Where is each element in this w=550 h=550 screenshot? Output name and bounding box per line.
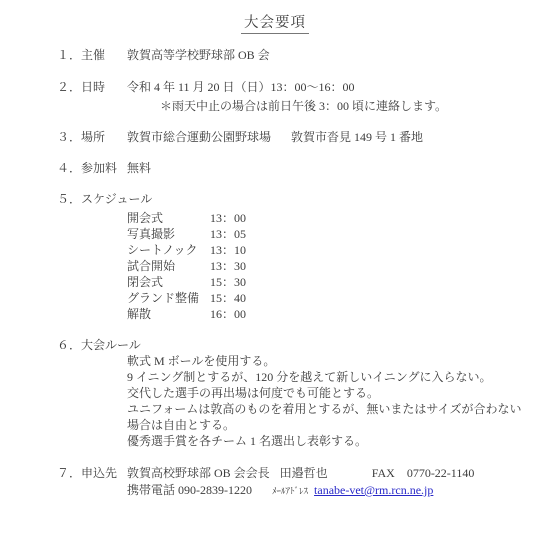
section-fee-number: ４． <box>57 161 81 175</box>
fax-label: FAX <box>372 466 395 480</box>
phone-label: 携帯電話 <box>127 483 175 497</box>
schedule-time: 13：10 <box>210 243 246 257</box>
organizer-value: 敦賀高等学校野球部 OB 会 <box>127 48 270 62</box>
section-datetime-heading: ２．日時 <box>57 80 127 94</box>
schedule-time: 15：40 <box>210 291 246 305</box>
rule-line: 場合は自由とする。 <box>127 418 235 432</box>
schedule-event: グランド整備 <box>127 291 210 305</box>
section-datetime-label: 日時 <box>81 80 105 94</box>
schedule-time: 13：05 <box>210 227 246 241</box>
section-place-number: ３． <box>57 130 81 144</box>
section-rules-heading: ６．大会ルール <box>57 338 141 352</box>
rule-line: 9 イニング制とするが、120 分を越えて新しいイニングに入らない。 <box>127 370 492 384</box>
rain-cancellation-note-text: ＊雨天中止の場合は前日午後 3：00 頃に連絡します。 <box>160 99 447 113</box>
schedule-time: 13：30 <box>210 259 246 273</box>
page-title: 大会要項 <box>0 11 550 34</box>
rule-line: 優秀選手賞を各チーム 1 名選出し表彰する。 <box>127 434 367 448</box>
email-link[interactable]: tanabe-vet@rm.rcn.ne.jp <box>314 483 433 497</box>
schedule-event: 解散 <box>127 307 210 321</box>
schedule-row: 写真撮影13：05 <box>127 227 246 241</box>
section-organizer-number: １． <box>57 48 81 62</box>
section-organizer-heading: １．主催 <box>57 48 127 62</box>
section-contact-number: ７． <box>57 466 81 480</box>
section-organizer: １．主催敦賀高等学校野球部 OB 会 <box>57 48 270 62</box>
rule-line: ユニフォームは敦高のものを着用とするが、無いまたはサイズが合わない <box>127 402 521 416</box>
section-schedule-heading: ５．スケジュール <box>57 192 152 206</box>
schedule-event: 開会式 <box>127 211 210 225</box>
schedule-event: 試合開始 <box>127 259 210 273</box>
section-fee-label: 参加料 <box>81 161 117 175</box>
schedule-event: 写真撮影 <box>127 227 210 241</box>
schedule-row: 試合開始13：30 <box>127 259 246 273</box>
datetime-value: 令和 4 年 11 月 20 日（日）13：00～16：00 <box>127 80 355 94</box>
schedule-row: 解散16：00 <box>127 307 246 321</box>
rule-line: 交代した選手の再出場は何度でも可能とする。 <box>127 386 379 400</box>
email-label: ﾒｰﾙｱﾄﾞﾚｽ <box>272 486 308 496</box>
fax-number: 0770-22-1140 <box>407 466 475 480</box>
rule-line: 軟式 M ボールを使用する。 <box>127 354 275 368</box>
section-contact: ７．申込先敦賀高校野球部 OB 会会長田邉哲也FAX0770-22-1140 <box>57 466 474 480</box>
fee-value: 無料 <box>127 161 151 175</box>
venue-address: 敦賀市沓見 149 号 1 番地 <box>291 130 423 144</box>
section-fee: ４．参加料無料 <box>57 161 151 175</box>
section-schedule-label: スケジュール <box>81 192 152 206</box>
schedule-row: 閉会式15：30 <box>127 275 246 289</box>
section-datetime-number: ２． <box>57 80 81 94</box>
section-place-heading: ３．場所 <box>57 130 127 144</box>
schedule-event: シートノック <box>127 243 210 257</box>
schedule-row: シートノック13：10 <box>127 243 246 257</box>
schedule-time: 16：00 <box>210 307 246 321</box>
venue-name: 敦賀市総合運動公園野球場 <box>127 130 271 144</box>
section-schedule-number: ５． <box>57 192 81 206</box>
document-page: 大会要項 １．主催敦賀高等学校野球部 OB 会 ２．日時令和 4 年 11 月 … <box>0 0 550 550</box>
schedule-time: 13：00 <box>210 211 246 225</box>
section-fee-heading: ４．参加料 <box>57 161 127 175</box>
page-title-text: 大会要項 <box>241 11 309 34</box>
phone-number: 090-2839-1220 <box>178 483 252 497</box>
section-rules-label: 大会ルール <box>81 338 141 352</box>
section-place-label: 場所 <box>81 130 105 144</box>
section-contact-heading: ７．申込先 <box>57 466 127 480</box>
rain-cancellation-note: ＊雨天中止の場合は前日午後 3：00 頃に連絡します。 <box>160 99 447 113</box>
contact-person-name: 田邉哲也 <box>280 466 328 480</box>
schedule-event: 閉会式 <box>127 275 210 289</box>
section-datetime: ２．日時令和 4 年 11 月 20 日（日）13：00～16：00 <box>57 80 355 94</box>
section-place: ３．場所敦賀市総合運動公園野球場敦賀市沓見 149 号 1 番地 <box>57 130 423 144</box>
schedule-time: 15：30 <box>210 275 246 289</box>
section-rules-number: ６． <box>57 338 81 352</box>
contact-organization: 敦賀高校野球部 OB 会会長 <box>127 466 270 480</box>
section-contact-label: 申込先 <box>81 466 117 480</box>
schedule-row: 開会式13：00 <box>127 211 246 225</box>
contact-line-2: 携帯電話 090-2839-1220ﾒｰﾙｱﾄﾞﾚｽtanabe-vet@rm.… <box>127 483 433 498</box>
schedule-row: グランド整備15：40 <box>127 291 246 305</box>
section-organizer-label: 主催 <box>81 48 105 62</box>
